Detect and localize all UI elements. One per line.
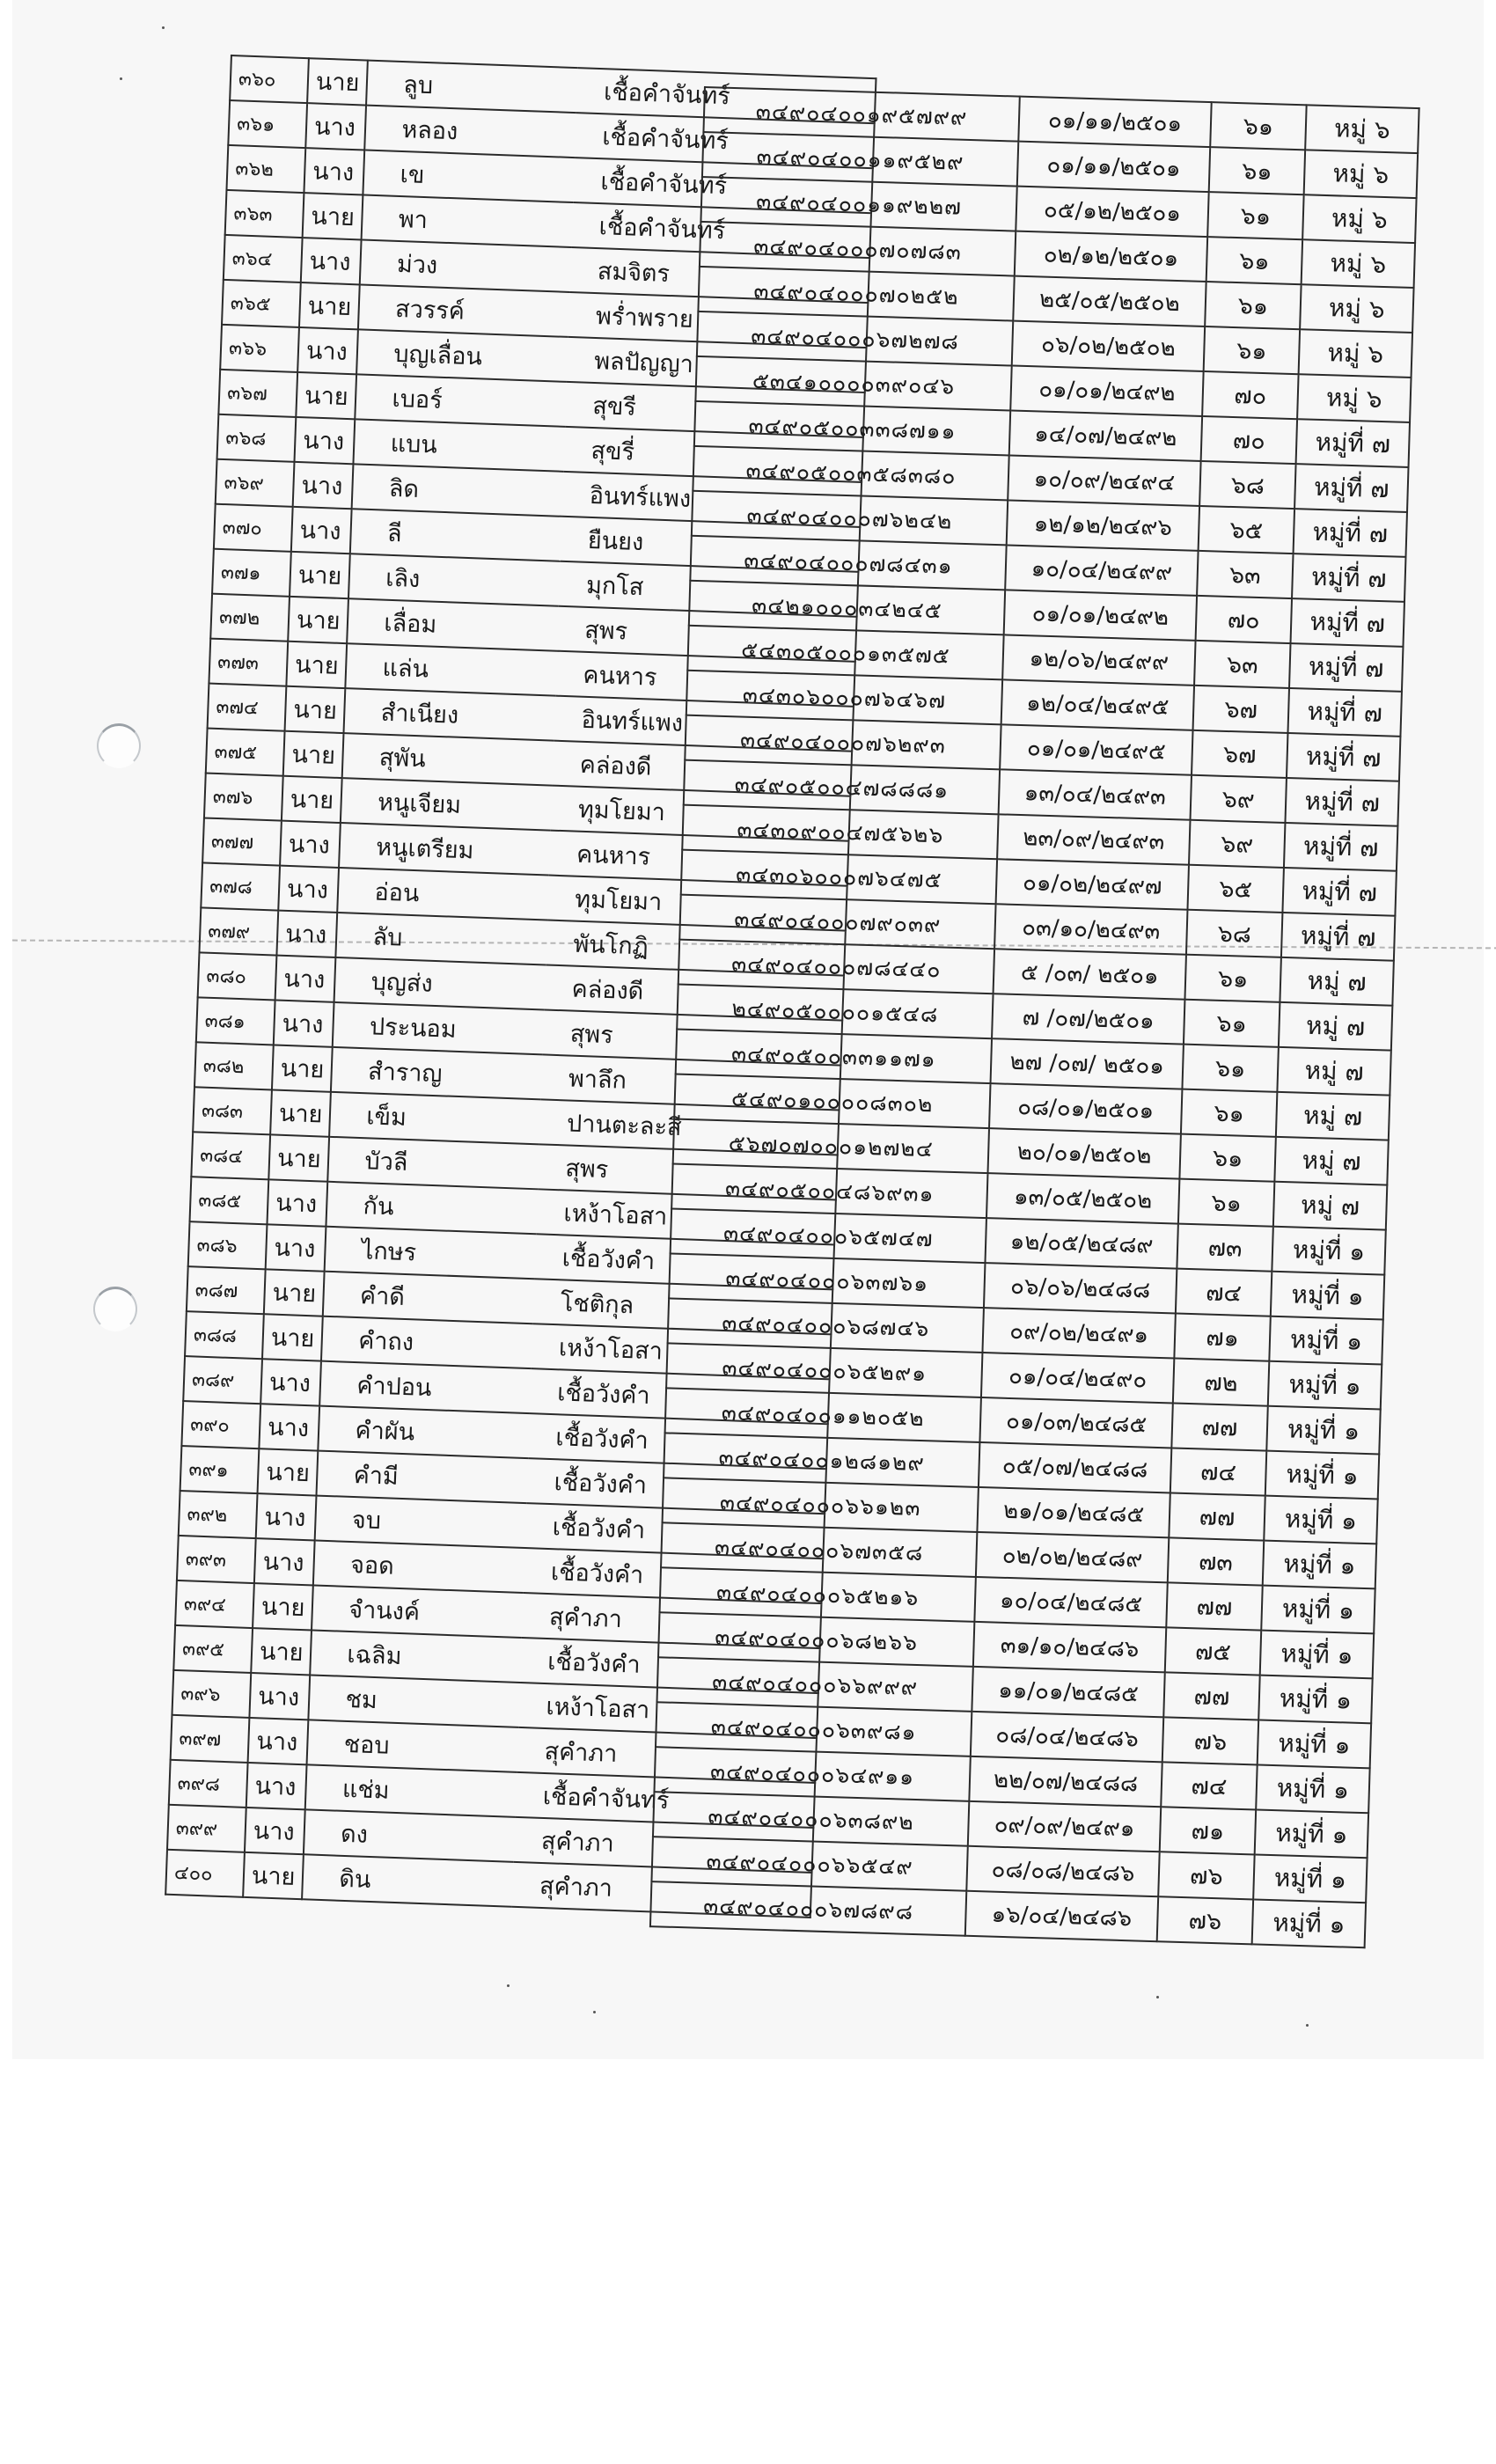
village-number: หมู่ ๖ [1299,329,1412,378]
birth-date: ๒๕/๐๕/๒๕๐๒ [1013,276,1206,326]
age: ๖๓ [1197,551,1293,598]
birth-date: ๐๘/๐๑/๒๕๐๑ [989,1083,1182,1133]
row-number: ๓๘๑ [196,997,275,1045]
village-number: หมู่ที่ ๗ [1296,419,1410,467]
first-name: ลี [350,509,562,561]
village-number: หมู่ ๖ [1302,239,1415,288]
name-title: นาย [299,282,360,329]
village-number: หมู่ที่ ๑ [1266,1406,1380,1455]
village-number: หมู่ที่ ๑ [1271,1272,1384,1320]
village-number: หมู่ที่ ๑ [1260,1631,1374,1679]
first-name: อ่อน [338,868,550,920]
age: ๖๓ [1194,641,1290,688]
name-title: นาย [270,1089,331,1136]
birth-date: ๑๐/๐๙/๒๔๙๔ [1008,455,1200,505]
birth-date: ๓๑/๑๐/๒๔๘๖ [973,1622,1166,1672]
row-number: ๓๘๐ [198,952,277,1000]
name-title: นาย [262,1314,323,1360]
village-number: หมู่ที่ ๑ [1268,1361,1382,1410]
row-number: ๓๖๓ [225,190,304,238]
age: ๗๗ [1163,1672,1259,1720]
village-number: หมู่ ๗ [1274,1137,1388,1185]
name-title: นาย [264,1269,325,1316]
birth-date: ๐๓/๑๐/๒๔๙๓ [994,904,1187,954]
first-name: บัวลี [328,1137,540,1190]
village-number: หมู่ ๗ [1277,1047,1390,1096]
age: ๗๑ [1160,1807,1256,1854]
age: ๗๓ [1177,1224,1272,1272]
age: ๗๐ [1202,371,1298,419]
row-number: ๓๘๓ [193,1087,272,1134]
row-number: ๓๗๒ [210,594,290,642]
row-number: ๓๖๘ [217,414,297,462]
village-number: หมู่ที่ ๑ [1253,1854,1367,1903]
row-number: ๓๙๗ [171,1715,250,1763]
first-name: ลูบ [366,61,578,114]
name-title: นาง [278,866,339,913]
name-title: นาย [268,1134,329,1181]
name-title: นาง [249,1673,310,1720]
birth-date: ๑๒/๐๖/๒๔๙๙ [1002,634,1195,685]
birth-date: ๑๒/๐๕/๒๔๘๙ [985,1218,1177,1268]
birth-date: ๒๒/๐๗/๒๔๘๘ [969,1756,1162,1807]
row-number: ๓๙๘ [169,1760,248,1808]
row-number: ๓๗๖ [204,774,283,821]
first-name: คำผัน [319,1406,531,1459]
age: ๖๑ [1204,326,1300,374]
village-number: หมู่ที่ ๑ [1264,1496,1377,1544]
name-title: นาย [290,552,350,598]
name-title: นาง [254,1538,315,1585]
row-number: ๓๙๙ [167,1805,246,1852]
row-number: ๓๘๙ [183,1356,262,1404]
first-name: คำมี [317,1451,529,1504]
row-number: ๓๘๕ [190,1177,269,1224]
birth-date: ๐๑/๐๑/๒๔๙๒ [1010,366,1203,416]
first-name: สำเนียง [344,688,556,741]
birth-date: ๐๘/๐๘/๒๔๘๖ [966,1846,1159,1896]
village-number: หมู่ที่ ๑ [1256,1764,1369,1813]
age: ๗๔ [1161,1762,1257,1809]
register-table-right: ๓๔๙๐๔๐๐๑๙๕๗๙๙๐๑/๑๑/๒๕๐๑๖๑หมู่ ๖๓๔๙๐๔๐๐๑๑… [649,86,1420,1948]
name-title: นาง [260,1359,321,1405]
row-number: ๓๙๑ [180,1446,260,1493]
age: ๖๑ [1181,1089,1277,1137]
birth-date: ๕ /๐๓/ ๒๕๐๑ [994,949,1186,999]
first-name: คำดี [323,1272,535,1324]
first-name: เบอร์ [356,374,568,427]
row-number: ๓๙๕ [173,1625,253,1673]
first-name: ดง [304,1809,516,1862]
name-title: นาง [245,1808,305,1854]
row-number: ๓๖๔ [224,235,303,282]
village-number: หมู่ ๖ [1297,374,1411,422]
birth-date: ๑๓/๐๕/๒๕๐๒ [986,1173,1179,1223]
name-title: นาง [266,1224,326,1271]
name-title: นาง [267,1179,327,1226]
age: ๖๑ [1178,1179,1274,1227]
age: ๖๑ [1179,1134,1275,1182]
row-number: ๓๘๖ [188,1221,268,1269]
name-title: นาย [258,1448,319,1495]
row-number: ๓๗๕ [206,729,285,776]
age: ๗๐ [1201,416,1297,464]
first-name: ดิน [303,1854,515,1907]
name-title: นาย [286,642,347,688]
village-number: หมู่ที่ ๗ [1281,913,1395,961]
birth-date: ๑๑/๐๑/๒๔๘๕ [972,1667,1164,1717]
name-title: นาย [272,1045,333,1091]
first-name: ชม [309,1675,521,1727]
age: ๗๔ [1176,1269,1272,1316]
first-name: เลิง [348,554,561,606]
birth-date: ๐๒/๑๒/๒๕๐๑ [1015,231,1207,282]
village-number: หมู่ที่ ๑ [1255,1809,1368,1858]
ids-table: ๓๔๙๐๔๐๐๑๙๕๗๙๙๐๑/๑๑/๒๕๐๑๖๑หมู่ ๖๓๔๙๐๔๐๐๑๑… [649,86,1420,1948]
scan-speck [1156,1996,1159,1998]
name-title: นาย [307,58,368,105]
first-name: สำราญ [331,1047,543,1100]
first-name: เข [363,150,576,203]
name-title: นาย [243,1852,304,1899]
age: ๗๖ [1158,1852,1254,1899]
citizen-id: ๓๔๙๐๔๐๐๐๖๗๘๙๘ [650,1881,966,1936]
age: ๖๑ [1184,1000,1280,1047]
birth-date: ๒๐/๐๑/๒๕๐๒ [988,1128,1181,1178]
name-title: นาย [285,686,346,733]
first-name: ไกษร [325,1227,537,1280]
birth-date: ๐๒/๐๒/๒๔๘๙ [976,1532,1169,1582]
row-number: ๓๖๐ [230,55,309,103]
age: ๖๑ [1182,1045,1278,1092]
first-name: พา [362,194,574,247]
name-title: นาง [248,1718,309,1764]
name-title: นาง [293,462,354,509]
age: ๖๗ [1192,730,1287,778]
village-number: หมู่ที่ ๗ [1284,823,1397,871]
village-number: หมู่ที่ ๗ [1294,509,1407,557]
village-number: หมู่ที่ ๗ [1291,598,1404,647]
age: ๖๙ [1191,775,1287,823]
name-title: นาย [251,1628,312,1675]
birth-date: ๐๖/๐๖/๒๔๘๘ [984,1263,1177,1313]
village-number: หมู่ที่ ๗ [1294,464,1408,512]
birth-date: ๑๐/๐๔/๒๔๘๕ [974,1577,1167,1627]
first-name: ลิด [352,464,564,517]
row-number: ๓๗๓ [209,639,288,686]
name-title: นาง [276,911,337,957]
row-number: ๓๖๖ [220,325,299,372]
row-number: ๓๘๗ [187,1266,266,1314]
birth-date: ๐๑/๑๑/๒๕๐๑ [1017,142,1210,192]
first-name: จอด [313,1541,525,1594]
village-number: หมู่ ๗ [1273,1182,1387,1230]
scan-speck [120,77,122,80]
birth-date: ๗ /๐๗/๒๕๐๑ [992,994,1184,1044]
name-title: นาย [288,597,348,643]
row-number: ๓๙๔ [175,1580,254,1628]
row-number: ๓๙๒ [179,1491,258,1538]
age: ๗๑ [1174,1314,1270,1361]
village-number: หมู่ที่ ๗ [1292,554,1405,602]
age: ๖๑ [1205,282,1301,329]
birth-date: ๐๕/๑๒/๒๕๐๑ [1016,187,1208,237]
row-number: ๓๙๓ [177,1536,256,1583]
birth-date: ๐๙/๐๒/๒๔๙๑ [982,1308,1175,1358]
birth-date: ๑๒/๑๒/๒๔๙๖ [1007,500,1199,550]
name-title: นาย [283,731,344,778]
name-title: นาง [275,956,336,1002]
first-name: สวรรค์ [358,284,570,337]
village-number: หมู่ที่ ๑ [1252,1899,1366,1947]
birth-date: ๑๐/๐๔/๒๔๙๙ [1005,545,1198,595]
birth-date: ๐๑/๐๔/๒๔๙๐ [981,1353,1174,1403]
name-title: นาง [297,327,358,374]
name-title: นาง [256,1493,317,1540]
scan-speck [507,1984,510,1987]
row-number: ๓๗๗ [202,818,282,865]
name-title: นาง [301,238,362,284]
row-number: ๓๗๙ [199,907,278,955]
village-number: หมู่ ๗ [1280,957,1393,1006]
age: ๗๒ [1173,1358,1269,1405]
first-name: ม่วง [360,239,572,292]
first-name: จบ [315,1496,527,1549]
row-number: ๓๘๒ [194,1042,274,1089]
row-number: ๓๗๑ [212,549,291,597]
village-number: หมู่ที่ ๑ [1263,1541,1376,1589]
birth-date: ๐๕/๐๗/๒๔๘๘ [979,1442,1171,1492]
age: ๗๕ [1165,1627,1261,1675]
age: ๖๑ [1210,102,1306,150]
first-name: เฉลิม [311,1630,523,1683]
village-number: หมู่ที่ ๑ [1258,1720,1371,1769]
row-number: ๓๖๙ [216,459,295,507]
village-number: หมู่ที่ ๗ [1287,733,1400,781]
row-number: ๓๘๔ [191,1132,270,1179]
birth-date: ๐๙/๐๙/๒๔๙๑ [968,1801,1161,1852]
first-name: หลอง [365,106,577,158]
age: ๗๗ [1171,1403,1267,1450]
row-number: ๓๙๖ [172,1670,251,1718]
age: ๖๑ [1209,147,1305,194]
village-number: หมู่ที่ ๗ [1282,868,1396,916]
scan-speck [162,26,165,29]
village-number: หมู่ที่ ๑ [1272,1227,1385,1275]
age: ๖๙ [1189,820,1285,868]
village-number: หมู่ที่ ๗ [1289,643,1403,692]
first-name: คำปอน [320,1361,532,1414]
village-number: หมู่ ๖ [1305,105,1419,153]
row-number: ๓๖๒ [226,145,305,193]
birth-date: ๐๘/๐๔/๒๔๘๖ [971,1712,1163,1762]
scan-speck [1306,2024,1309,2027]
first-name: บุญเลื่อน [357,329,569,382]
birth-date: ๐๑/๐๑/๒๔๙๒ [1004,590,1197,640]
name-title: นาง [291,507,352,554]
age: ๖๑ [1206,237,1302,284]
punch-hole-icon [97,723,141,768]
row-number: ๓๙๐ [181,1401,260,1448]
name-title: นาย [282,776,342,823]
birth-date: ๐๑/๐๒/๒๔๙๗ [996,859,1189,909]
first-name: บุญส่ง [334,957,546,1010]
birth-date: ๑๖/๐๔/๒๔๘๖ [965,1891,1158,1941]
village-number: หมู่ที่ ๑ [1261,1586,1375,1634]
name-title: นาง [294,417,355,464]
first-name: ชอบ [307,1720,519,1772]
age: ๖๗ [1193,686,1289,733]
first-name: หนูเตรียม [339,823,551,876]
name-title: นาย [303,193,363,239]
age: ๖๑ [1184,955,1280,1002]
birth-date: ๑๔/๐๗/๒๔๙๒ [1009,410,1202,460]
birth-date: ๐๑/๑๑/๒๕๐๑ [1018,97,1211,147]
first-name: หนูเจียม [341,778,553,831]
village-number: หมู่ ๗ [1279,1002,1392,1051]
name-title: นาง [305,103,366,150]
row-number: ๓๗๐ [214,504,293,552]
row-number: ๔๐๐ [165,1850,245,1897]
scan-speck [593,2011,596,2013]
first-name: แช่ม [305,1764,517,1817]
row-number: ๓๖๑ [228,100,307,148]
name-title: นาง [246,1763,307,1809]
first-name: ลับ [336,913,548,965]
age: ๗๖ [1162,1717,1258,1764]
name-title: นาง [304,148,364,194]
age: ๗๗ [1169,1492,1265,1540]
village-number: หมู่ที่ ๑ [1269,1316,1382,1365]
row-number: ๓๖๕ [222,280,301,327]
first-name: คำถง [321,1316,533,1369]
birth-date: ๐๖/๐๒/๒๕๐๒ [1012,321,1205,371]
age: ๗๗ [1166,1582,1262,1630]
first-name: สุพัน [342,733,554,786]
age: ๖๕ [1187,865,1283,913]
name-title: นาย [253,1583,313,1630]
punch-hole-icon [93,1287,137,1331]
village-number: หมู่ที่ ๗ [1287,688,1401,737]
first-name: กัน [326,1182,539,1235]
age: ๖๘ [1186,910,1282,957]
first-name: แล่น [346,643,558,696]
first-name: เลื่อม [348,598,560,651]
birth-date: ๐๑/๐๑/๒๔๙๕ [1000,724,1192,774]
village-number: หมู่ ๖ [1302,194,1416,243]
birth-date: ๑๓/๐๔/๒๔๙๓ [999,769,1192,819]
first-name: เข็ม [330,1092,542,1145]
age: ๗๖ [1157,1896,1253,1944]
village-number: หมู่ที่ ๑ [1265,1451,1379,1500]
name-title: นาง [259,1404,319,1450]
village-number: หมู่ ๖ [1300,284,1413,333]
first-name: ประนอม [333,1002,545,1055]
birth-date: ๒๑/๐๑/๒๔๘๕ [977,1487,1170,1537]
row-number: ๓๗๘ [201,862,280,910]
name-title: นาง [274,1000,334,1046]
village-number: หมู่ ๗ [1276,1092,1390,1140]
first-name: แบน [354,419,566,472]
row-number: ๓๖๗ [218,370,297,417]
birth-date: ๐๑/๐๓/๒๔๘๕ [979,1397,1172,1448]
birth-date: ๒๗ /๐๗/ ๒๕๐๑ [991,1038,1184,1089]
age: ๖๕ [1199,506,1294,554]
birth-date: ๑๒/๐๔/๒๔๙๕ [1001,679,1194,730]
village-number: หมู่ ๖ [1304,150,1418,198]
age: ๖๘ [1199,461,1295,509]
age: ๗๓ [1168,1537,1264,1585]
row-number: ๓๘๘ [185,1311,264,1359]
village-number: หมู่ที่ ๑ [1258,1676,1372,1724]
age: ๗๐ [1196,596,1292,643]
birth-date: ๒๓/๐๙/๒๔๙๓ [997,814,1190,864]
village-number: หมู่ที่ ๗ [1285,778,1398,826]
age: ๗๔ [1170,1448,1266,1495]
age: ๖๑ [1207,192,1303,239]
name-title: นาง [280,821,341,868]
row-number: ๓๗๔ [208,684,287,731]
first-name: จำนงค์ [312,1585,524,1638]
name-title: นาย [296,372,356,419]
